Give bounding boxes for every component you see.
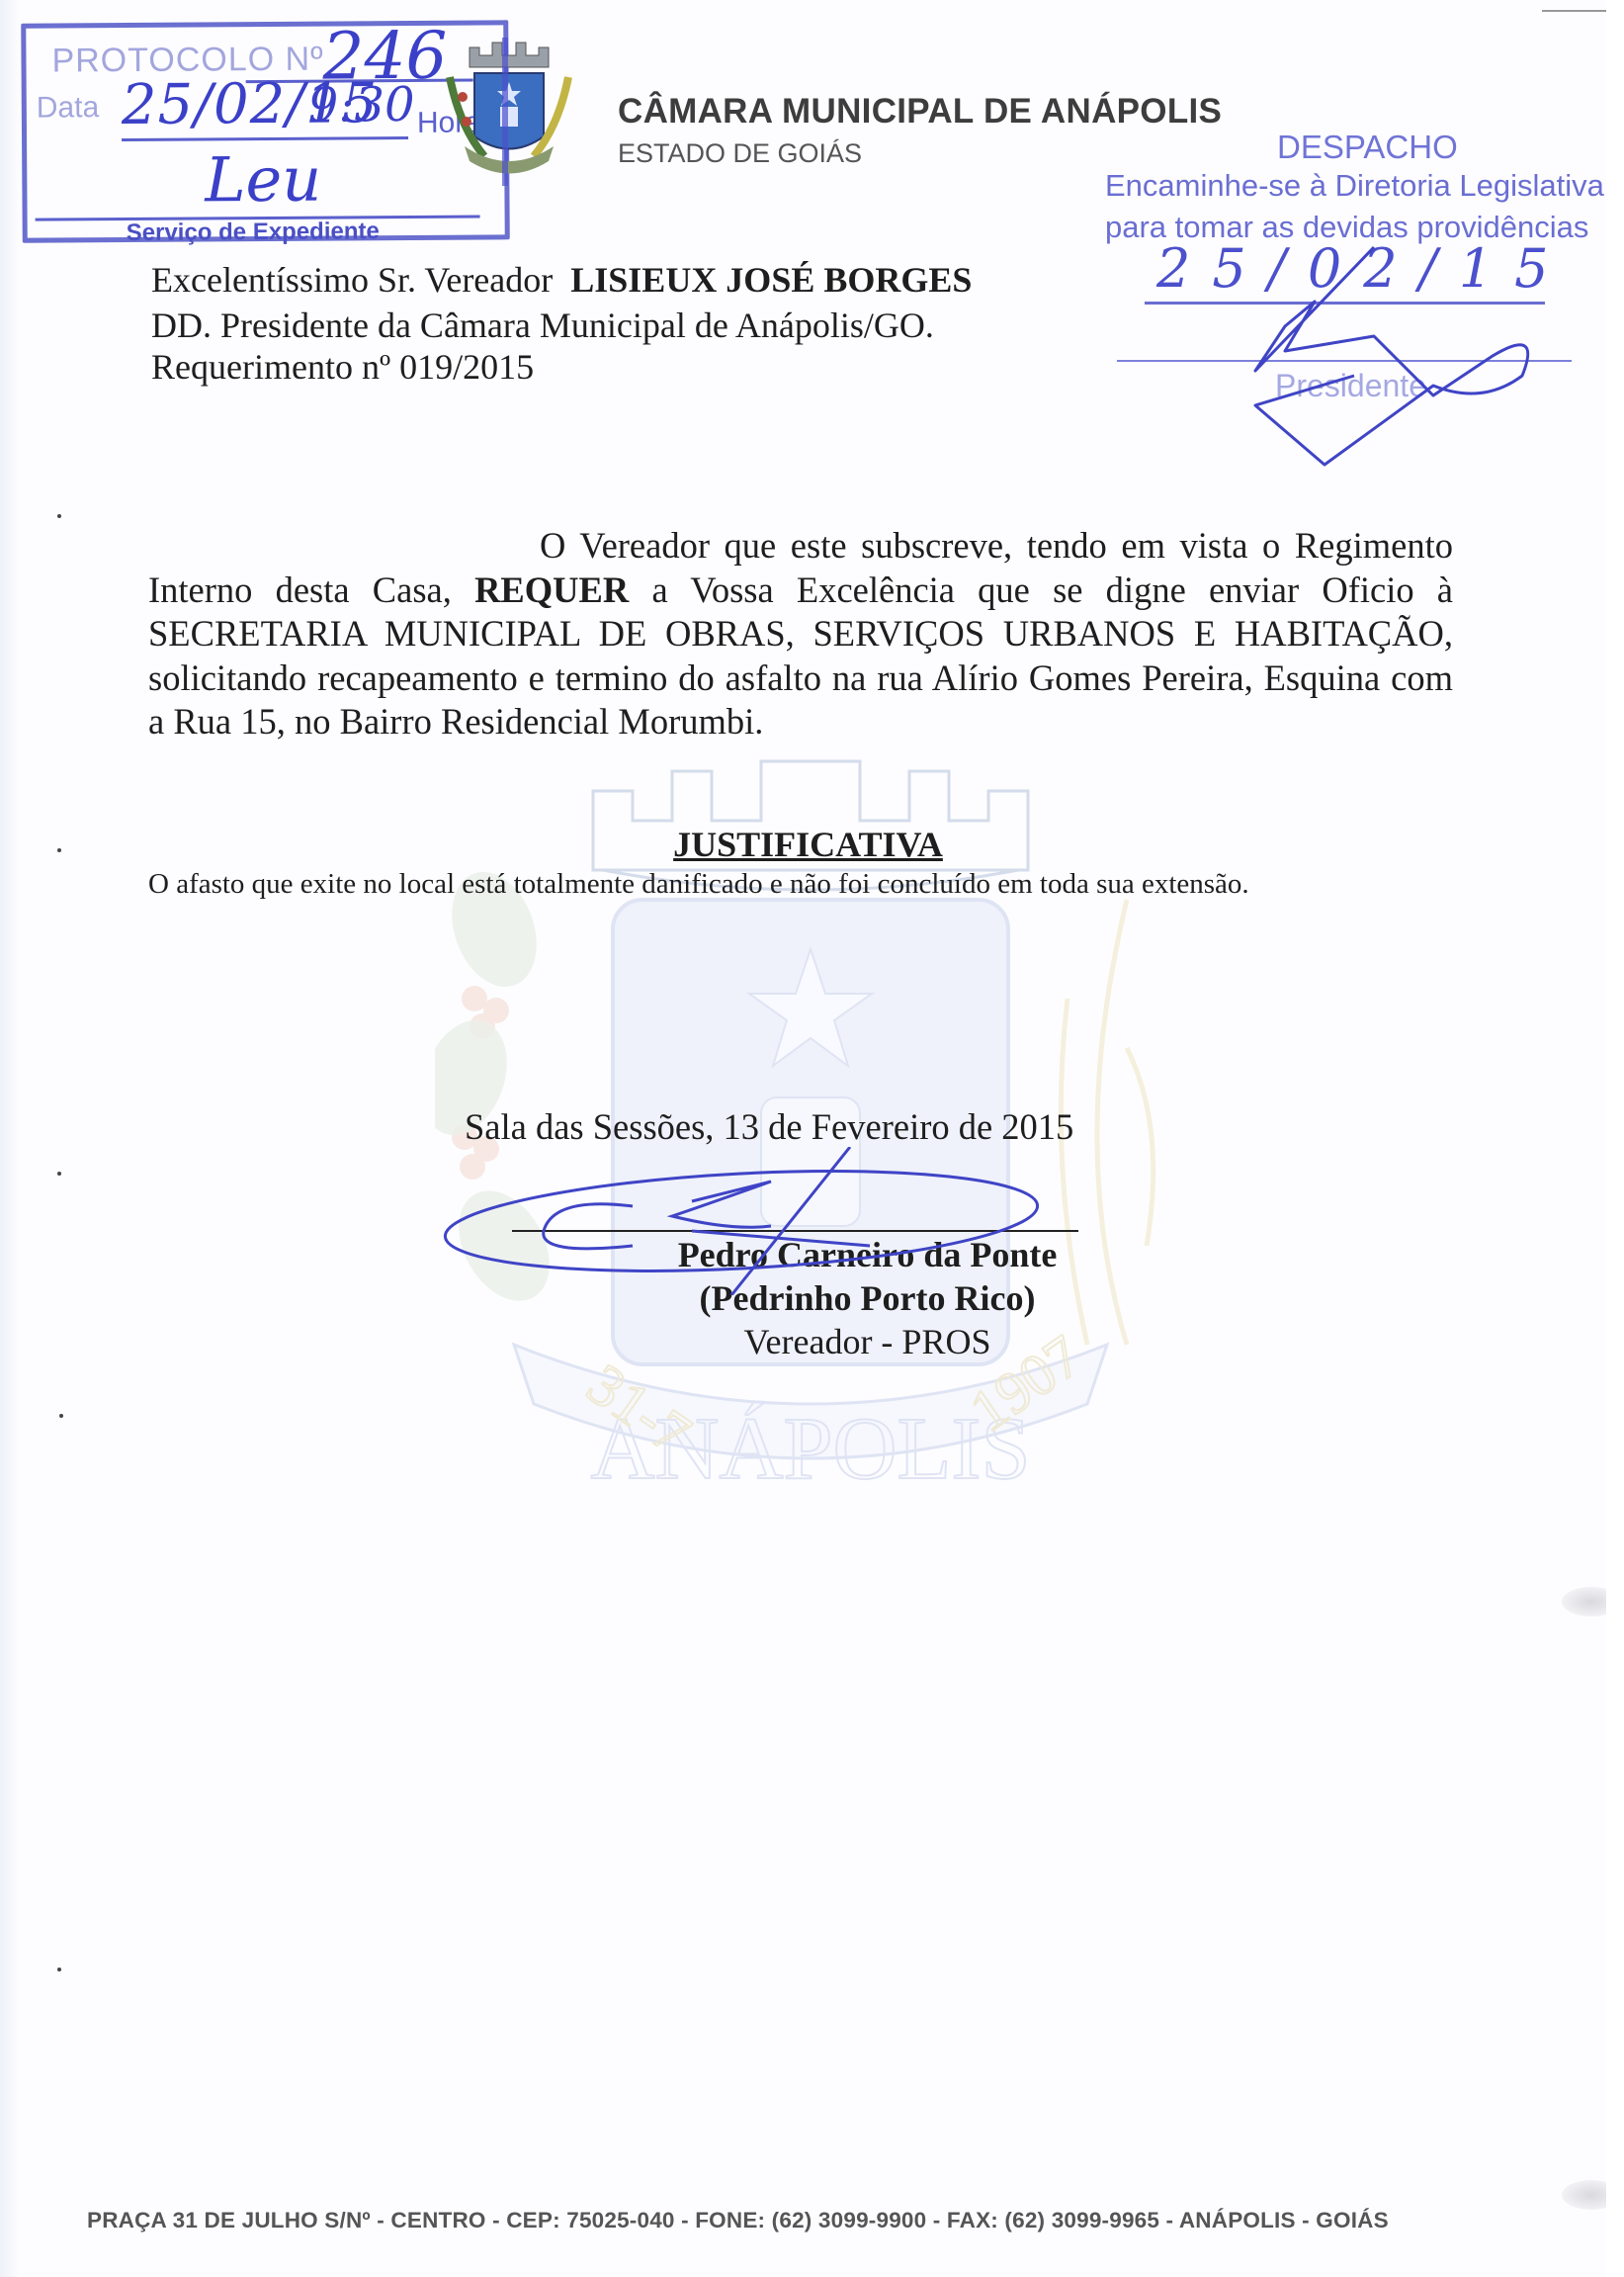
body-keyword: REQUER	[474, 569, 629, 610]
header-title: CÂMARA MUNICIPAL DE ANÁPOLIS	[618, 92, 1222, 131]
place-and-date: Sala das Sessões, 13 de Fevereiro de 201…	[465, 1105, 1073, 1148]
margin-dot	[57, 1968, 61, 1971]
document-page: ANÁPOLIS 31-7 1907 PROTOCOLO Nº 246 Data…	[0, 0, 1606, 2277]
president-signature-icon	[1226, 237, 1562, 475]
despacho-title: DESPACHO	[1277, 129, 1458, 166]
protocol-date-line	[122, 136, 408, 141]
request-body: O Vereador que este subscreve, tendo em …	[148, 524, 1453, 744]
margin-dot	[57, 848, 61, 852]
margin-dot	[59, 1414, 63, 1418]
addressee-name: LISIEUX JOSÉ BORGES	[570, 260, 972, 300]
footer-address: PRAÇA 31 DE JULHO S/Nº - CENTRO - CEP: 7…	[87, 2208, 1389, 2233]
coat-of-arms-icon	[445, 38, 573, 186]
signer-title: Vereador - PROS	[0, 1321, 1606, 1362]
addressee-salutation: Excelentíssimo Sr. Vereador	[151, 260, 553, 300]
scan-margin	[1606, 0, 1624, 2277]
header-subtitle: ESTADO DE GOIÁS	[618, 138, 862, 169]
margin-dot	[57, 514, 61, 518]
justification-title: JUSTIFICATIVA	[0, 824, 1606, 865]
protocol-date-label: Data	[37, 91, 100, 125]
justification-text: O afasto que exite no local está totalme…	[148, 868, 1249, 901]
protocol-service-label: Serviço de Expediente	[127, 218, 380, 247]
request-reference: Requerimento nº 019/2015	[151, 346, 534, 388]
despacho-line-1: Encaminhe-se à Diretoria Legislativa	[1105, 168, 1604, 204]
councilman-signature-icon	[435, 1147, 1068, 1295]
addressee-role: DD. Presidente da Câmara Municipal de An…	[151, 305, 934, 346]
scan-edge-line	[1542, 10, 1606, 12]
scan-edge-shadow	[0, 0, 20, 2277]
protocol-time: 9:30	[308, 77, 415, 133]
addressee-line: Excelentíssimo Sr. Vereador LISIEUX JOSÉ…	[151, 259, 972, 301]
margin-dot	[57, 1172, 61, 1176]
protocol-initials: Leu	[205, 143, 321, 217]
protocol-stamp: PROTOCOLO Nº 246 Data 25/02/15 9:30 Hora…	[21, 20, 510, 242]
